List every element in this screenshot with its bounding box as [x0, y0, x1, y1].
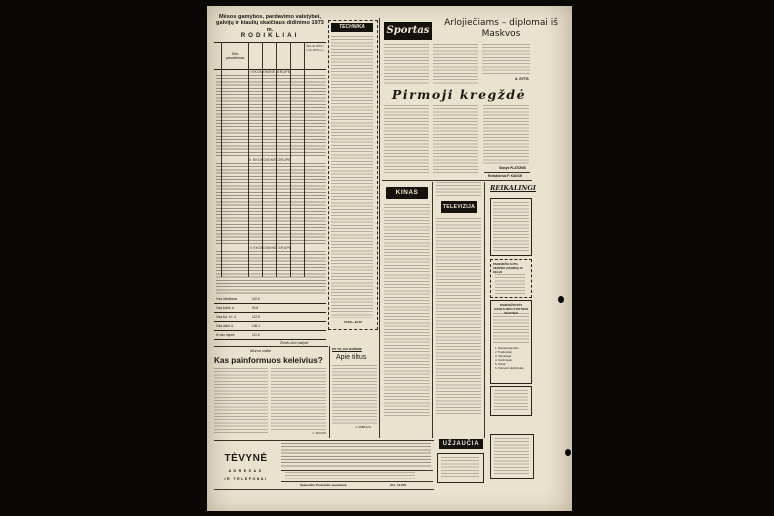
- stats-subtitle: RODIKLIAI: [214, 33, 326, 40]
- column-divider: [484, 182, 485, 438]
- wanted-box-1: [490, 198, 532, 256]
- editorial-note: [285, 472, 415, 479]
- sport-tag: Sportas: [384, 22, 432, 40]
- radio-kicker: Mumu radio: [250, 348, 271, 353]
- phones-label: IR TELEFONAI: [218, 477, 274, 481]
- tv-intro: [436, 182, 481, 196]
- divider: [281, 470, 433, 471]
- technika-signoff: TASS—ELTA: [344, 320, 362, 324]
- summary-row: Visa valst. ū. 136.1: [214, 322, 326, 331]
- sport-author: A. GYTIS: [515, 77, 529, 81]
- divider: [214, 440, 434, 441]
- bridge-body: [332, 365, 377, 425]
- cinema-tag: KINAS: [386, 187, 428, 199]
- bridge-author: J. AMBULIS: [355, 425, 371, 429]
- radio-headline: Kas painformuos keleivius?: [214, 356, 328, 365]
- bridge-kicker: PO TO, KAI RAŠĖME: [332, 347, 362, 351]
- technika-heading: TECHNIKA: [331, 23, 373, 32]
- cinema-listings: [384, 204, 430, 416]
- job-list: 1. Dengiamieji ūkio 2. Traktoristai 3. V…: [495, 346, 529, 370]
- address-details: [281, 443, 431, 468]
- condolence-notice-2: [490, 434, 534, 479]
- radio-author: J. JOCIUS: [312, 431, 326, 435]
- stats-title: Mėsos gamybos, pardavimo valstybei, galv…: [214, 14, 326, 33]
- column-divider: [379, 18, 380, 438]
- address-label: ADRESAS: [218, 469, 274, 473]
- stats-source: Žemės ūkio valdybė: [280, 341, 308, 345]
- divider: [382, 180, 532, 181]
- divider: [214, 489, 434, 490]
- radio-body-col2: [271, 368, 326, 430]
- punch-hole: [558, 296, 564, 303]
- swallow-body-col2: [433, 105, 478, 175]
- swallow-body-col3: [483, 105, 529, 165]
- editor-line: Redaktorius P. KANCE: [488, 174, 522, 178]
- group-heading: III EKONOMINĖ GRUPĖ: [214, 246, 326, 250]
- summary-row: Visa kol. ir t. ū. 112.5: [214, 313, 326, 322]
- wanted-heading: REIKALINGI: [490, 184, 530, 192]
- condolences-tag: UŽJAUČIA: [439, 439, 483, 449]
- divider: [281, 481, 433, 482]
- sport-headline: Arlojiečiams – diplomai iš Maskvos: [436, 18, 566, 40]
- tv-listings: [436, 218, 481, 414]
- summary-row: Visa kolūk. ū. 94.8: [214, 304, 326, 313]
- table-rows-group-2: [216, 163, 326, 245]
- summary-row: Visa ūkiškiama 110.6: [214, 295, 326, 304]
- column-header-farm: Ūkio pavadinimas: [224, 52, 246, 60]
- swallow-headline: Pirmoji kregždė: [384, 87, 534, 102]
- divider: [484, 172, 530, 173]
- table-rows-group-3: [216, 251, 326, 294]
- divider: [214, 346, 328, 347]
- swallow-author: Stasys PLATŪNIS: [499, 166, 526, 170]
- bridge-headline: Apie tiltus: [336, 354, 366, 361]
- wanted-box-autoservice: PANEVĖŽIO AUTO-SERVISO (SKONIŲ) 10 KĖLIA…: [490, 259, 532, 298]
- television-tag: TELEVIZIJA: [441, 201, 477, 213]
- summary-row: Iš viso rajone 111.5: [214, 331, 326, 340]
- printer-note: Spausdino Panevėžio spaustuvė: [300, 483, 347, 487]
- swallow-body-col1: [384, 105, 429, 175]
- sport-body-col3: [482, 44, 530, 74]
- sport-body-col2: [433, 44, 478, 84]
- column-divider: [432, 182, 433, 438]
- column-header-percent: Ūkis iki 1974 I. 1 (% 1973 m.): [306, 44, 326, 52]
- table-rows-group-1: [216, 75, 326, 157]
- newspaper-name: TĖVYNĖ: [218, 453, 274, 464]
- group-heading: II EKONOMINĖ GRUPĖ: [214, 158, 326, 162]
- column-divider: [329, 346, 330, 438]
- radio-body-col1: [214, 368, 268, 434]
- punch-hole: [565, 449, 571, 456]
- sport-body-col1: [384, 44, 429, 84]
- group-heading: I EKONOMINĖ GRUPĖ: [214, 70, 326, 74]
- condolence-notice-1: [437, 453, 484, 483]
- notice-box: [490, 386, 532, 416]
- wanted-box-construction: PANEVĖŽIO RST LIGOKAUSKO STATYBOS VALDYB…: [490, 300, 532, 384]
- technika-body: [331, 36, 373, 318]
- order-number: Užs. 12.270: [390, 483, 406, 487]
